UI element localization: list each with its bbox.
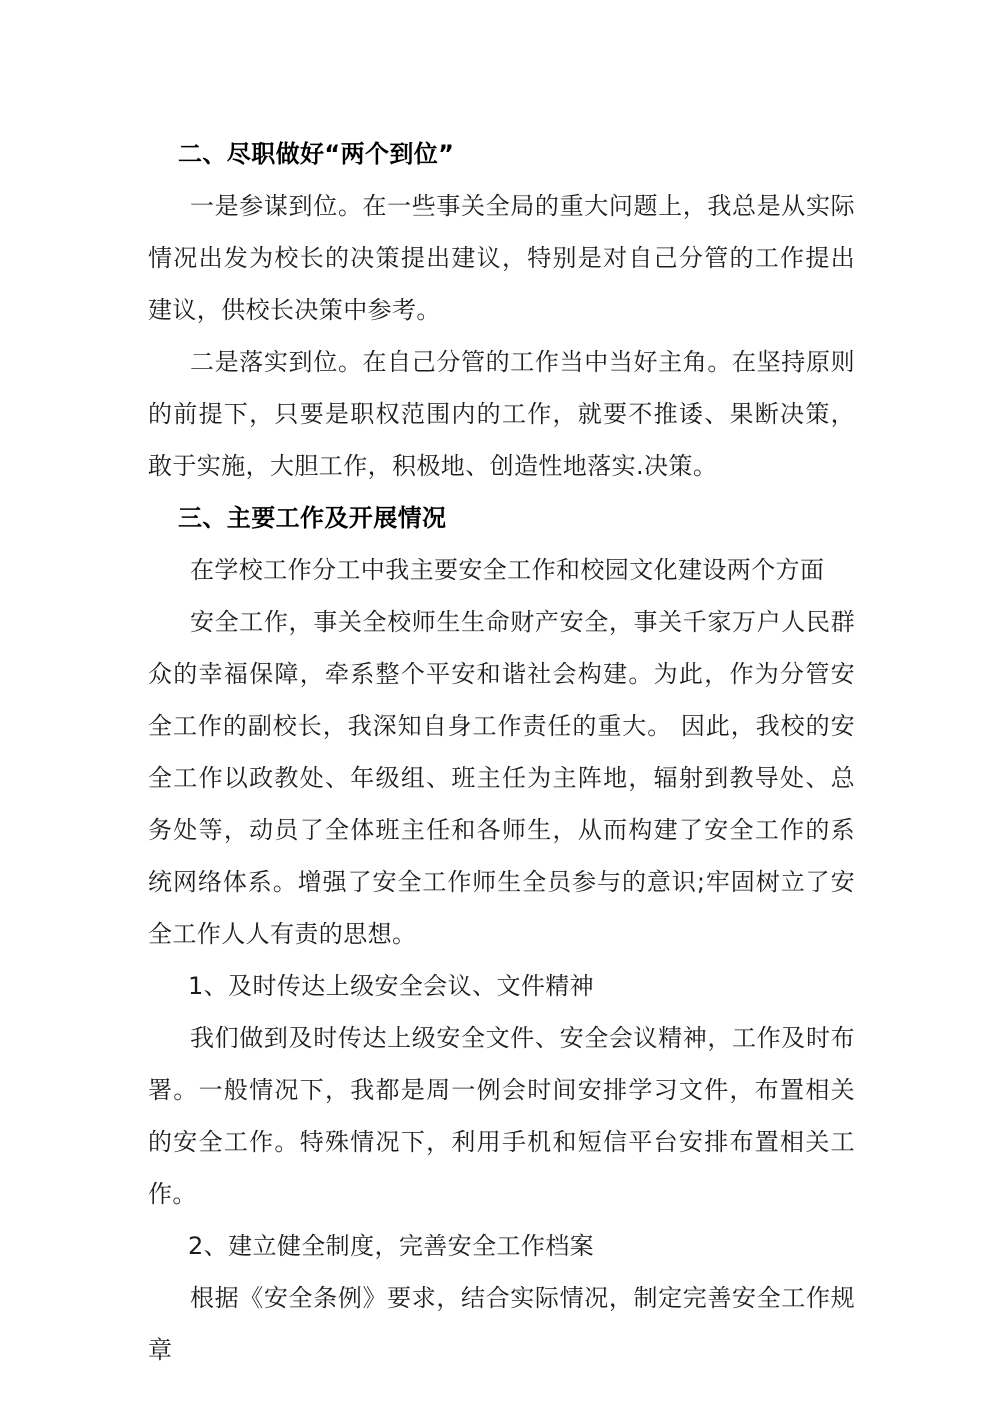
paragraph-safety-overview: 安全工作，事关全校师生生命财产安全，事关千家万户人民群众的幸福保障，牵系整个平安… xyxy=(148,596,855,960)
paragraph-advise-in-place: 一是参谋到位。在一些事关全局的重大问题上，我总是从实际情况出发为校长的决策提出建… xyxy=(148,180,855,336)
subheading-item-1: 1、及时传达上级安全会议、文件精神 xyxy=(148,960,855,1012)
paragraph-work-division: 在学校工作分工中我主要安全工作和校园文化建设两个方面 xyxy=(148,544,855,596)
document-body: 二、尽职做好“两个到位” 一是参谋到位。在一些事关全局的重大问题上，我总是从实际… xyxy=(0,0,1000,1415)
document-page: { "page": { "background_color": "#ffffff… xyxy=(0,0,1000,1415)
section-heading-three: 三、主要工作及开展情况 xyxy=(148,492,855,544)
paragraph-item-1-detail: 我们做到及时传达上级安全文件、安全会议精神，工作及时布署。一般情况下，我都是周一… xyxy=(148,1012,855,1220)
subheading-item-2: 2、建立健全制度，完善安全工作档案 xyxy=(148,1220,855,1272)
paragraph-implement-in-place: 二是落实到位。在自己分管的工作当中当好主角。在坚持原则的前提下，只要是职权范围内… xyxy=(148,336,855,492)
section-heading-two: 二、尽职做好“两个到位” xyxy=(148,128,855,180)
paragraph-item-2-detail: 根据《安全条例》要求，结合实际情况，制定完善安全工作规章 xyxy=(148,1272,855,1376)
